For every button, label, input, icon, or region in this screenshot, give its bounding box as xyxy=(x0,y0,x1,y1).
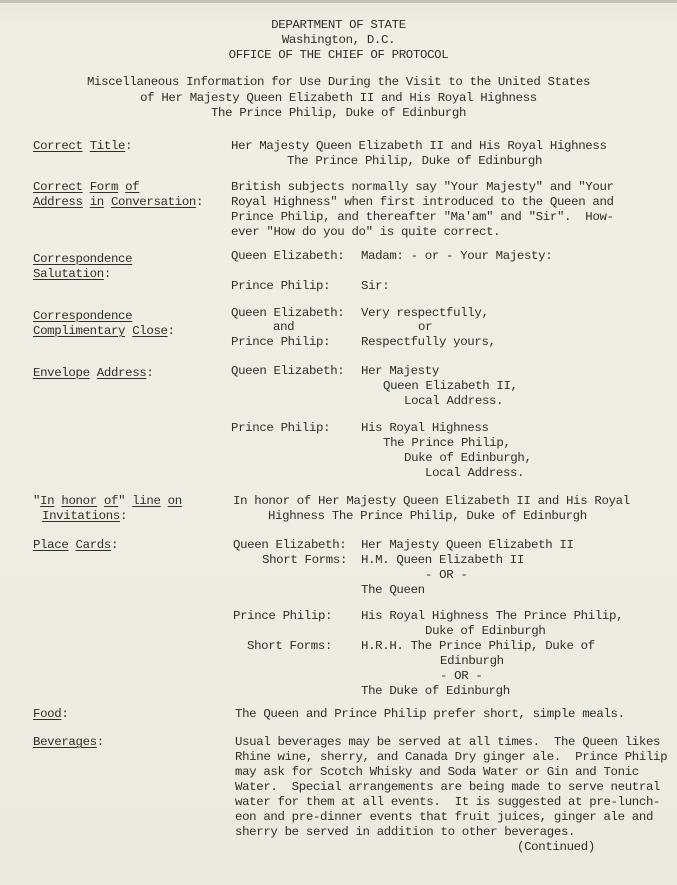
beverages-line-6: eon and pre-dinner events that fruit jui… xyxy=(235,810,653,825)
place-prince-alt: The Duke of Edinburgh xyxy=(361,684,510,699)
envelope-prince-line-3: Duke of Edinburgh, xyxy=(404,451,532,466)
document-title-line-3: The Prince Philip, Duke of Edinburgh xyxy=(0,106,677,121)
close-prince-label: Prince Philip: xyxy=(231,335,330,350)
label-word: of xyxy=(125,180,139,194)
label-word: Invitations xyxy=(42,509,120,523)
page-top-edge xyxy=(0,0,677,3)
place-prince-value-2: Duke of Edinburgh xyxy=(425,624,545,639)
label-correct-title: Correct Title: xyxy=(33,139,132,154)
label-word: Conversation xyxy=(111,195,196,209)
place-queen-value: Her Majesty Queen Elizabeth II xyxy=(361,538,574,553)
label-word: honor xyxy=(61,494,96,508)
label-word: Correct xyxy=(33,180,83,194)
label-word: Envelope xyxy=(33,366,90,380)
place-prince-short-label: Short Forms: xyxy=(247,639,332,654)
label-word: Close xyxy=(132,324,167,338)
place-queen-label: Queen Elizabeth: xyxy=(233,538,346,553)
label-word: Address xyxy=(97,366,147,380)
label-word: of xyxy=(104,494,118,508)
correct-title-line-1: Her Majesty Queen Elizabeth II and His R… xyxy=(231,139,607,154)
address-text-line-2: Royal Highness" when first introduced to… xyxy=(231,195,614,210)
envelope-prince-line-4: Local Address. xyxy=(425,466,524,481)
beverages-line-1: Usual beverages may be served at all tim… xyxy=(235,735,660,750)
label-close-2: Complimentary Close: xyxy=(33,324,175,339)
document-title-line-2: of Her Majesty Queen Elizabeth II and Hi… xyxy=(0,91,677,106)
place-prince-short-2: Edinburgh xyxy=(440,654,504,669)
document-title-line-1: Miscellaneous Information for Use During… xyxy=(0,75,677,90)
label-word: Food xyxy=(33,707,61,721)
label-envelope-address: Envelope Address: xyxy=(33,366,153,381)
correct-title-line-2: The Prince Philip, Duke of Edinburgh xyxy=(287,154,542,169)
salutation-prince-label: Prince Philip: xyxy=(231,279,330,294)
envelope-queen-line-1: Her Majesty xyxy=(361,364,439,379)
label-word: Correct xyxy=(33,139,83,153)
label-word: Salutation xyxy=(33,267,104,281)
label-close-1: Correspondence xyxy=(33,309,132,324)
label-word: Place xyxy=(33,538,68,552)
department-heading: DEPARTMENT OF STATE xyxy=(0,18,677,33)
label-salutation-1: Correspondence xyxy=(33,252,132,267)
envelope-prince-line-2: The Prince Philip, xyxy=(383,436,511,451)
label-word: in xyxy=(90,195,104,209)
close-and-label: and xyxy=(273,320,294,335)
salutation-queen-value: Madam: - or - Your Majesty: xyxy=(361,249,552,264)
beverages-line-7: sherry be served in addition to other be… xyxy=(235,825,575,840)
label-word: Beverages xyxy=(33,735,97,749)
label-word: Correspondence xyxy=(33,252,132,266)
label-word: Cards xyxy=(76,538,111,552)
beverages-line-4: Water. Special arrangements are being ma… xyxy=(235,780,660,795)
close-prince-value: Respectfully yours, xyxy=(361,335,496,350)
place-prince-short: H.R.H. The Prince Philip, Duke of xyxy=(361,639,595,654)
label-word: line xyxy=(132,494,160,508)
office-heading: OFFICE OF THE CHIEF OF PROTOCOL xyxy=(0,48,677,63)
document-page: DEPARTMENT OF STATE Washington, D.C. OFF… xyxy=(0,0,677,885)
place-prince-value: His Royal Highness The Prince Philip, xyxy=(361,609,623,624)
salutation-queen-label: Queen Elizabeth: xyxy=(231,249,344,264)
envelope-queen-line-3: Local Address. xyxy=(404,394,503,409)
beverages-line-5: water for them at all events. It is sugg… xyxy=(235,795,660,810)
close-queen-label: Queen Elizabeth: xyxy=(231,306,344,321)
place-queen-short-label: Short Forms: xyxy=(262,553,347,568)
label-word: on xyxy=(168,494,182,508)
label-word: In xyxy=(40,494,54,508)
envelope-queen-label: Queen Elizabeth: xyxy=(231,364,344,379)
address-text-line-3: Prince Philip, and thereafter "Ma'am" an… xyxy=(231,210,614,225)
food-text: The Queen and Prince Philip prefer short… xyxy=(235,707,625,722)
address-text-line-1: British subjects normally say "Your Maje… xyxy=(231,180,614,195)
beverages-line-2: Rhine wine, sherry, and Canada Dry ginge… xyxy=(235,750,667,765)
label-word: Title xyxy=(90,139,125,153)
in-honor-line-1: In honor of Her Majesty Queen Elizabeth … xyxy=(233,494,630,509)
in-honor-line-2: Highness The Prince Philip, Duke of Edin… xyxy=(268,509,587,524)
salutation-prince-value: Sir: xyxy=(361,279,389,294)
label-word: Correspondence xyxy=(33,309,132,323)
label-form-of-address-1: Correct Form of xyxy=(33,180,139,195)
label-place-cards: Place Cards: xyxy=(33,538,118,553)
label-salutation-2: Salutation: xyxy=(33,267,111,282)
place-queen-or: - OR - xyxy=(425,568,468,583)
place-prince-label: Prince Philip: xyxy=(233,609,332,624)
envelope-queen-line-2: Queen Elizabeth II, xyxy=(383,379,518,394)
label-form-of-address-2: Address in Conversation: xyxy=(33,195,203,210)
envelope-prince-line-1: His Royal Highness xyxy=(361,421,489,436)
address-text-line-4: ever "How do you do" is quite correct. xyxy=(231,225,500,240)
location-heading: Washington, D.C. xyxy=(0,33,677,48)
label-in-honor-2: Invitations: xyxy=(42,509,127,524)
beverages-line-3: may ask for Scotch Whisky and Soda Water… xyxy=(235,765,639,780)
envelope-prince-label: Prince Philip: xyxy=(231,421,330,436)
label-food: Food: xyxy=(33,707,68,722)
label-beverages: Beverages: xyxy=(33,735,104,750)
label-in-honor-1: "In honor of" line on xyxy=(33,494,182,509)
place-prince-or: - OR - xyxy=(440,669,483,684)
place-queen-alt: The Queen xyxy=(361,583,425,598)
place-queen-short: H.M. Queen Elizabeth II xyxy=(361,553,524,568)
close-queen-value: Very respectfully, xyxy=(361,306,489,321)
label-word: Complimentary xyxy=(33,324,125,338)
continued-note: (Continued) xyxy=(517,840,595,855)
close-or-value: or xyxy=(418,320,432,335)
label-word: Form xyxy=(90,180,118,194)
label-word: Address xyxy=(33,195,83,209)
